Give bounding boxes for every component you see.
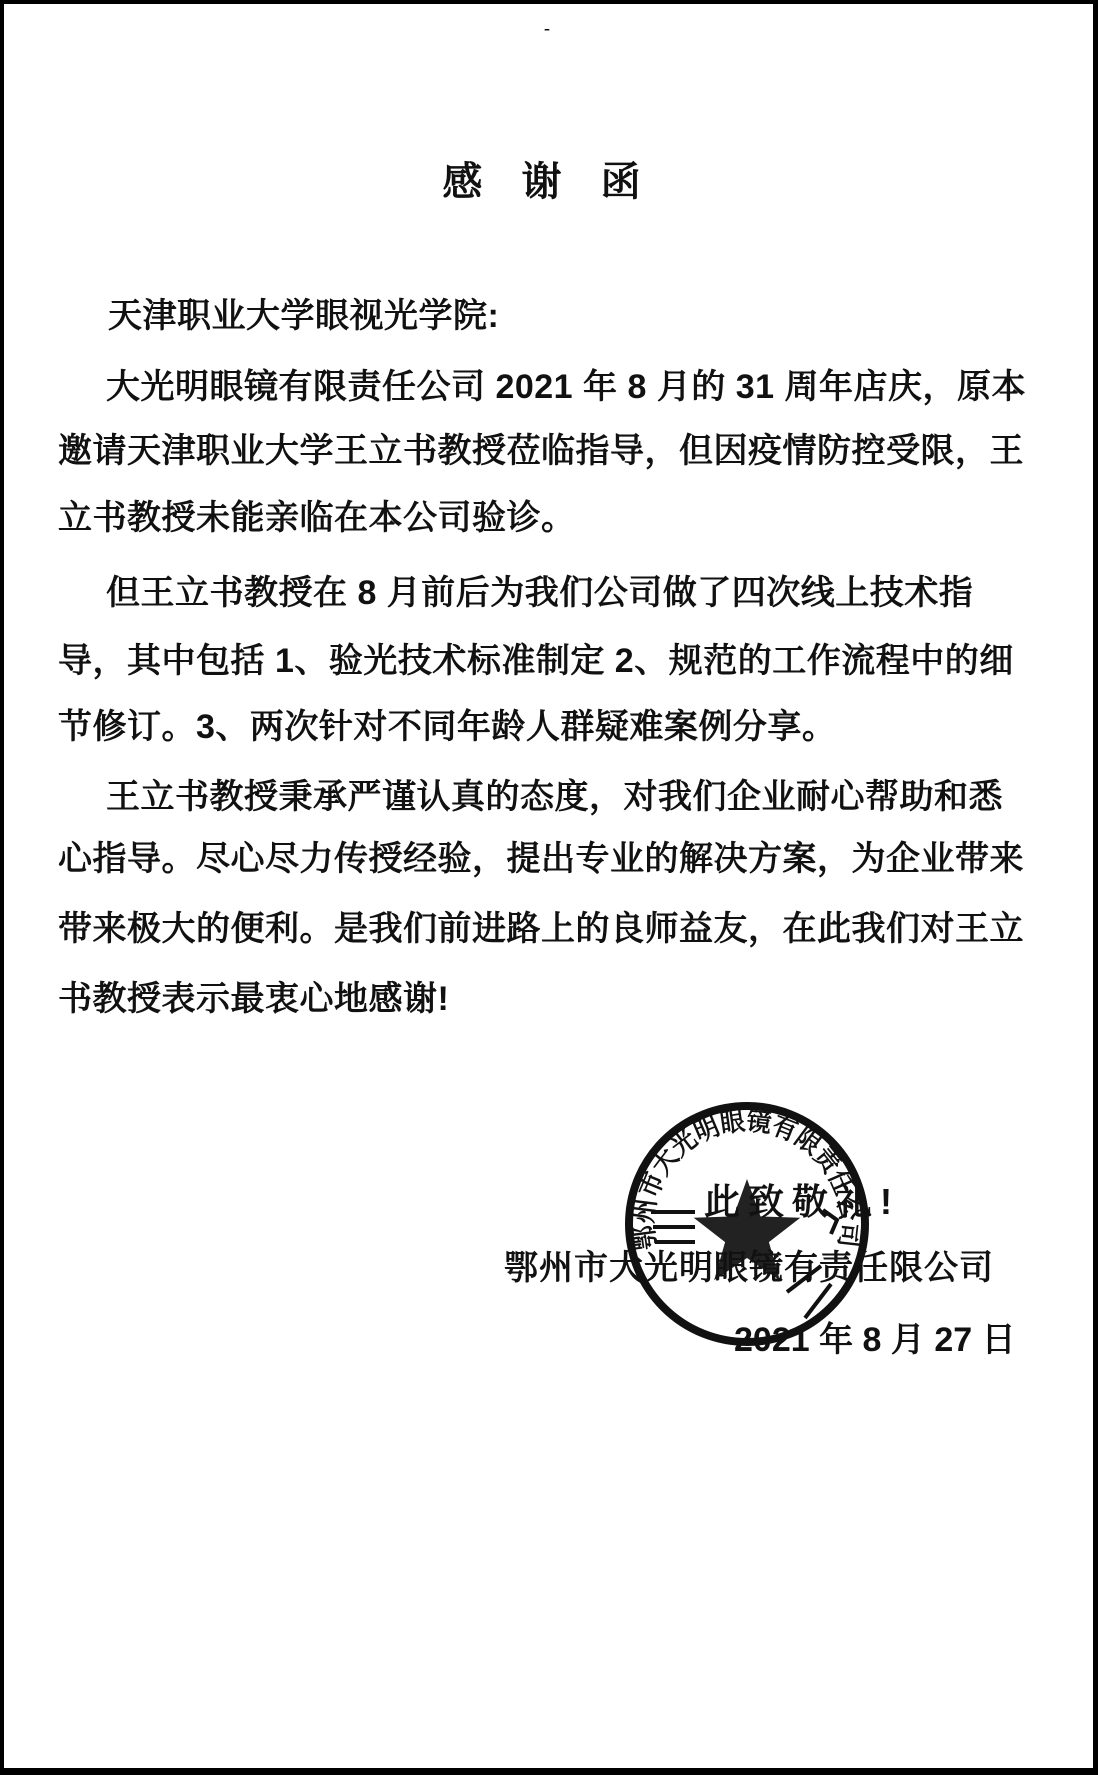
- scan-artifact-mark: -: [544, 18, 550, 39]
- body-line: 大光明眼镜有限责任公司 2021 年 8 月的 31 周年店庆，原本: [106, 359, 1026, 408]
- body-line: 但王立书教授在 8 月前后为我们公司做了四次线上技术指: [106, 565, 973, 614]
- body-line: 节修订。3、两次针对不同年龄人群疑难案例分享。: [58, 699, 836, 748]
- body-line: 导，其中包括 1、验光技术标准制定 2、规范的工作流程中的细: [58, 633, 1014, 682]
- salutation-line: 天津职业大学眼视光学院:: [108, 288, 499, 337]
- closing-salute: 此致敬礼!: [704, 1174, 900, 1225]
- body-line: 带来极大的便利。是我们前进路上的良师益友，在此我们对王立: [58, 901, 1024, 950]
- body-line: 王立书教授秉承严谨认真的态度，对我们企业耐心帮助和悉: [106, 769, 1003, 818]
- body-line: 邀请天津职业大学王立书教授莅临指导，但因疫情防控受限，王: [58, 423, 1024, 472]
- letter-page: - 感 谢 函 天津职业大学眼视光学院: 大光明眼镜有限责任公司 2021 年 …: [0, 0, 1098, 1775]
- body-line: 立书教授未能亲临在本公司验诊。: [58, 490, 576, 539]
- date-line: 2021 年 8 月 27 日: [734, 1312, 1016, 1361]
- letter-title: 感 谢 函: [4, 150, 1093, 207]
- company-signature: 鄂州市大光明眼镜有责任限公司: [504, 1240, 994, 1289]
- body-line: 书教授表示最衷心地感谢!: [58, 971, 449, 1020]
- body-line: 心指导。尽心尽力传授经验，提出专业的解决方案，为企业带来: [58, 831, 1024, 880]
